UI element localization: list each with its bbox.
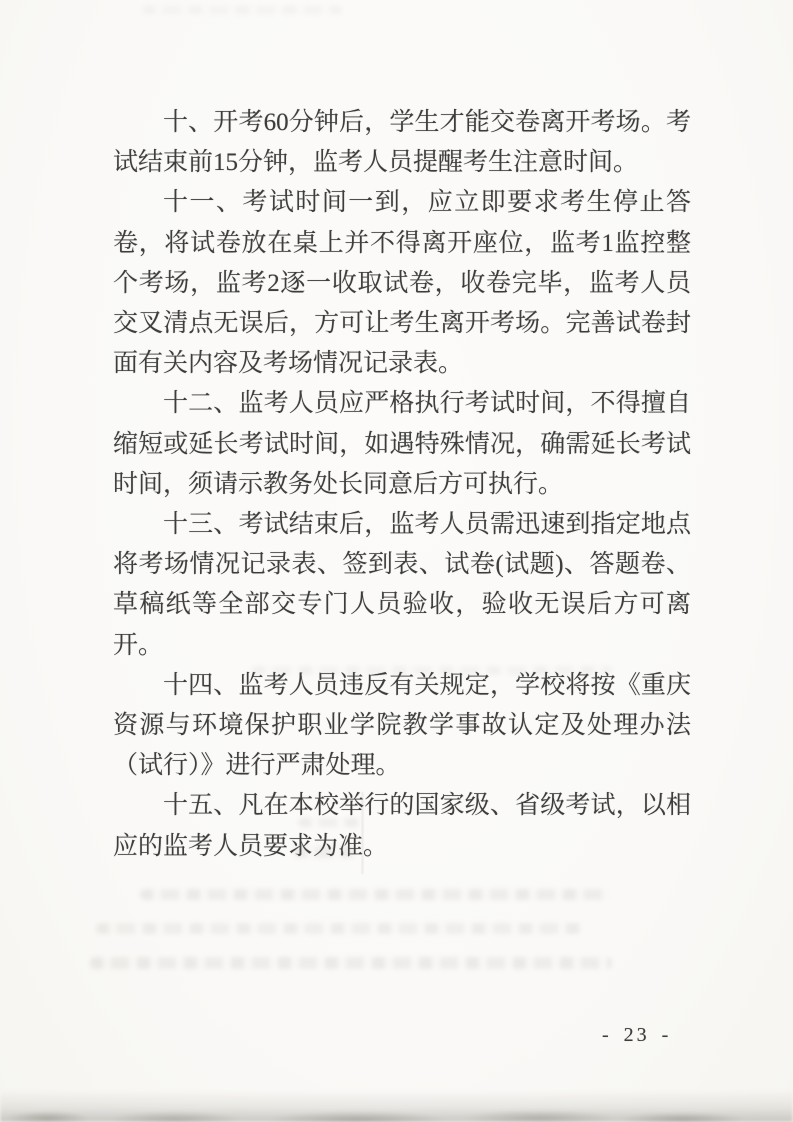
paragraph-item-15: 十五、凡在本校举行的国家级、省级考试，以相应的监考人员要求为准。 <box>113 786 691 866</box>
paragraph-item-11: 十一、考试时间一到，应立即要求考生停止答卷，将试卷放在桌上并不得离开座位，监考1… <box>113 183 691 384</box>
page-number: - 23 - <box>602 1024 671 1047</box>
paragraph-item-10: 十、开考60分钟后，学生才能交卷离开考场。考试结束前15分钟，监考人员提醒考生注… <box>113 103 691 183</box>
document-body: 十、开考60分钟后，学生才能交卷离开考场。考试结束前15分钟，监考人员提醒考生注… <box>113 103 691 867</box>
scanned-document-page: 十、开考60分钟后，学生才能交卷离开考场。考试结束前15分钟，监考人员提醒考生注… <box>0 0 793 1122</box>
scan-bleed-artifact <box>90 957 612 969</box>
scan-bleed-artifact <box>96 923 582 934</box>
paragraph-item-12: 十二、监考人员应严格执行考试时间，不得擅自缩短或延长考试时间，如遇特殊情况，确需… <box>113 384 691 505</box>
paragraph-item-13: 十三、考试结束后，监考人员需迅速到指定地点将考场情况记录表、签到表、试卷(试题)… <box>113 505 691 666</box>
scan-bleed-artifact <box>140 889 610 900</box>
paragraph-item-14: 十四、监考人员违反有关规定，学校将按《重庆资源与环境保护职业学院教学事故认定及处… <box>113 666 691 787</box>
scan-edge-shadow <box>0 1090 793 1122</box>
scan-bleed-artifact <box>142 6 342 14</box>
